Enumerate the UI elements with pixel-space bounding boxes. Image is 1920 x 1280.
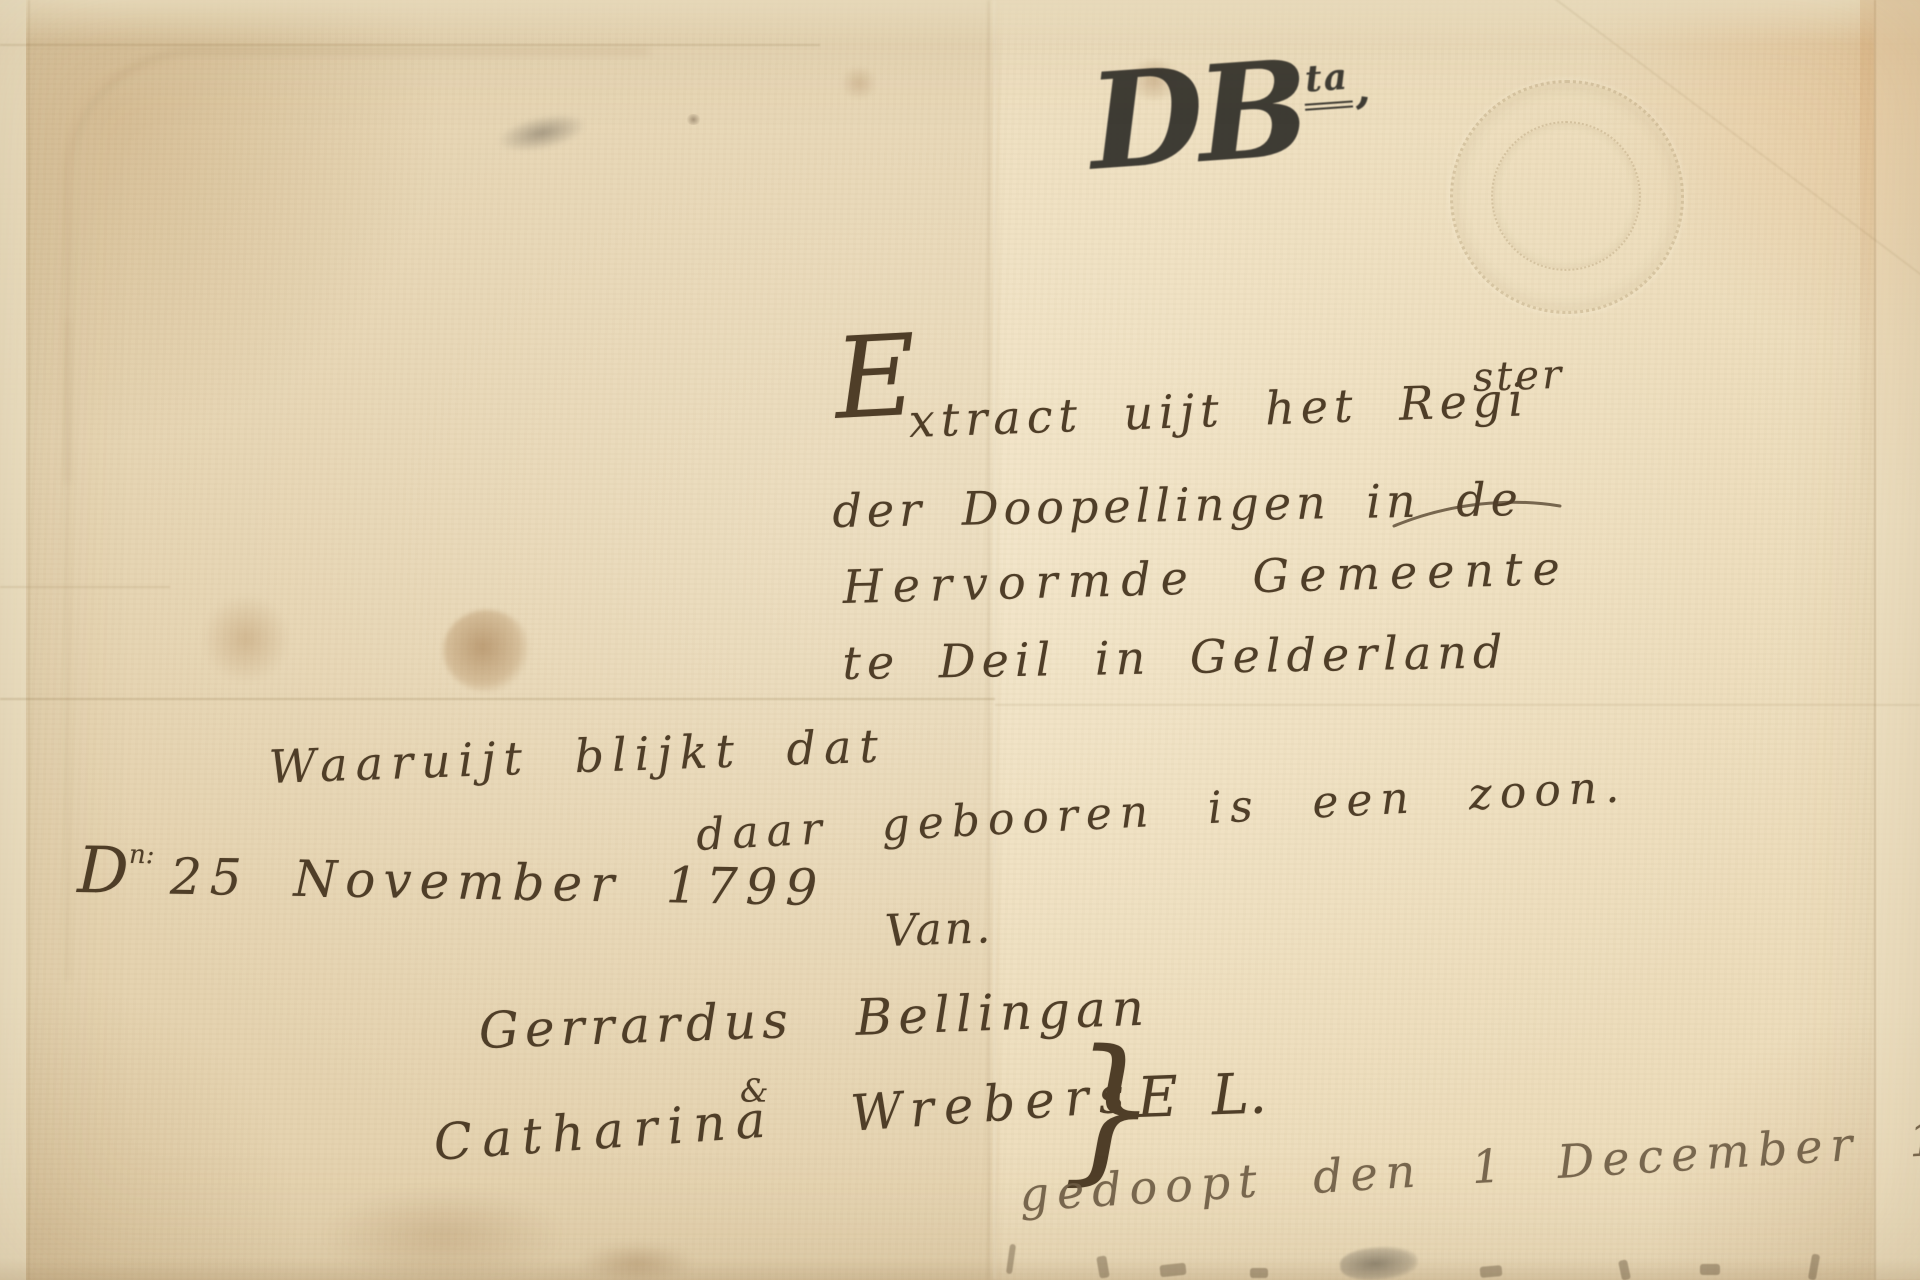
embossed-seal-inner-ring xyxy=(1491,121,1641,271)
embossed-seal-icon xyxy=(1450,80,1684,314)
stain xyxy=(326,1188,561,1280)
discoloration-left-ghost xyxy=(66,320,69,980)
date-superscript: n: xyxy=(129,841,155,870)
cutoff-text-fragments xyxy=(1000,1250,1900,1280)
body-whereby: Waaruijt blijkt dat xyxy=(268,720,887,792)
discoloration-corner-ghost xyxy=(66,50,649,483)
paper-right-tint xyxy=(1860,0,1920,520)
date-initial: D xyxy=(77,834,130,909)
ink-stamp-icon: DBta, xyxy=(1085,38,1379,190)
stamp-mark: , xyxy=(1354,63,1376,116)
mother-name: Catharina Wrebers xyxy=(432,1067,1136,1171)
left-small-crease xyxy=(0,586,170,588)
top-crease xyxy=(0,44,820,46)
paper-top-edge xyxy=(0,0,1920,44)
ink-speck xyxy=(686,114,701,125)
paper-right-torn-edge xyxy=(1874,0,1920,1280)
body-born: daar gebooren is een zoon. xyxy=(695,763,1628,860)
paper-left-edge xyxy=(0,0,26,1280)
stain xyxy=(443,610,531,692)
header-line4: te Deil in Gelderland xyxy=(842,626,1509,688)
stain xyxy=(198,596,294,682)
stamp-superscript: ta xyxy=(1302,56,1353,111)
body-of: Van. xyxy=(884,904,994,956)
left-edge-crease xyxy=(28,0,30,1280)
father-name: Gerrardus Bellingan xyxy=(478,981,1151,1059)
horizontal-fold-left xyxy=(0,698,995,700)
pen-flourish xyxy=(1392,492,1564,538)
couple-abbreviation: E L. xyxy=(1136,1063,1268,1129)
header-line1-initial: E xyxy=(832,326,919,431)
stain xyxy=(838,68,880,98)
horizontal-fold-right xyxy=(995,704,1920,706)
scanned-baptism-extract: DBta, E xtract uijt het Regi ster der Do… xyxy=(0,0,1920,1280)
stain xyxy=(580,1242,695,1280)
header-line1-raised: ster xyxy=(1472,353,1565,400)
stamp-monogram: DB xyxy=(1084,31,1308,201)
header-line3: Hervormde Gemeente xyxy=(842,543,1570,613)
header-line1: xtract uijt het Regi xyxy=(908,374,1530,446)
